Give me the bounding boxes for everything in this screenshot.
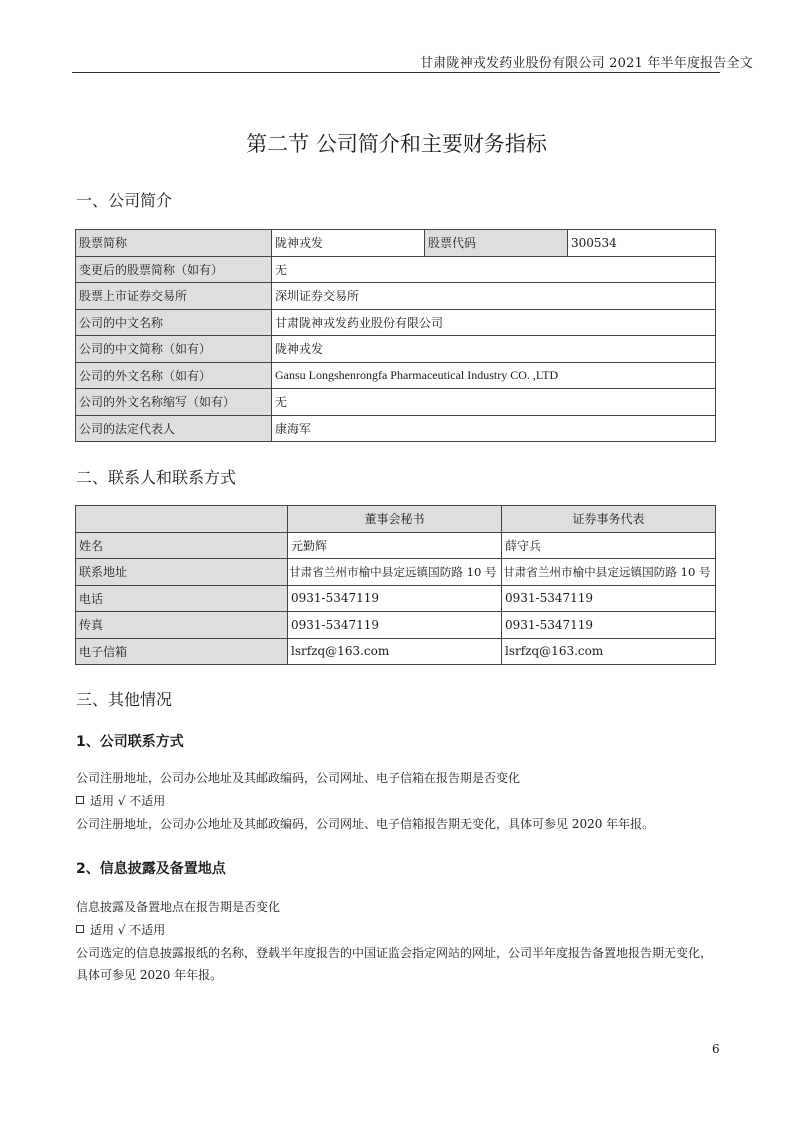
representative-cell: 0931-5347119 (502, 585, 716, 612)
table-row: 公司的法定代表人康海军 (76, 415, 716, 442)
heading-contacts: 二、联系人和联系方式 (76, 465, 236, 488)
label-cell: 姓名 (76, 532, 288, 559)
label-cell: 股票上市证券交易所 (76, 283, 272, 310)
company-profile-table: 股票简称 陇神戎发 股票代码 300534 变更后的股票简称（如有）无 股票上市… (75, 229, 716, 442)
table-row: 姓名元勤辉薛守兵 (76, 532, 716, 559)
label-cell: 传真 (76, 612, 288, 639)
table-row: 变更后的股票简称（如有）无 (76, 256, 716, 283)
paragraph-question: 公司注册地址，公司办公地址及其邮政编码，公司网址、电子信箱在报告期是否变化 (76, 767, 721, 789)
subheading-disclosure: 2、信息披露及备置地点 (76, 858, 226, 878)
column-header (76, 506, 288, 533)
label-cell: 公司的外文名称缩写（如有） (76, 389, 272, 416)
secretary-cell: 0931-5347119 (288, 612, 502, 639)
table-row: 股票简称 陇神戎发 股票代码 300534 (76, 230, 716, 257)
secretary-cell: 0931-5347119 (288, 585, 502, 612)
table-row: 公司的外文名称缩写（如有）无 (76, 389, 716, 416)
section-title: 第二节 公司简介和主要财务指标 (0, 128, 793, 158)
table-row: 联系地址甘肃省兰州市榆中县定远镇国防路 10 号甘肃省兰州市榆中县定远镇国防路 … (76, 559, 716, 586)
representative-email-cell: lsrfzq@163.com (502, 638, 716, 665)
label-cell: 股票代码 (425, 230, 568, 257)
subheading-contact-method: 1、公司联系方式 (76, 731, 184, 751)
column-header-representative: 证券事务代表 (502, 506, 716, 533)
checkbox-icon (76, 925, 84, 933)
paragraph-answer: 公司注册地址，公司办公地址及其邮政编码，公司网址、电子信箱报告期无变化，具体可参… (76, 813, 721, 835)
label-cell: 股票简称 (76, 230, 272, 257)
table-row: 传真0931-53471190931-5347119 (76, 612, 716, 639)
value-cell: 无 (272, 389, 716, 416)
column-header-secretary: 董事会秘书 (288, 506, 502, 533)
label-cell: 公司的中文名称 (76, 309, 272, 336)
value-cell: 甘肃陇神戎发药业股份有限公司 (272, 309, 716, 336)
label-cell: 电子信箱 (76, 638, 288, 665)
table-row: 电话0931-53471190931-5347119 (76, 585, 716, 612)
representative-cell: 薛守兵 (502, 532, 716, 559)
page-number: 6 (712, 1042, 720, 1056)
label-cell: 电话 (76, 585, 288, 612)
value-cell: Gansu Longshenrongfa Pharmaceutical Indu… (272, 362, 716, 389)
representative-cell: 0931-5347119 (502, 612, 716, 639)
applicability-line: 适用 √ 不适用 (76, 790, 721, 812)
label-cell: 公司的外文名称（如有） (76, 362, 272, 389)
table-row: 公司的中文名称甘肃陇神戎发药业股份有限公司 (76, 309, 716, 336)
paragraph-answer: 公司选定的信息披露报纸的名称，登载半年度报告的中国证监会指定网站的网址，公司半年… (76, 942, 721, 986)
heading-other: 三、其他情况 (76, 687, 172, 710)
contacts-table: 董事会秘书 证券事务代表 姓名元勤辉薛守兵 联系地址甘肃省兰州市榆中县定远镇国防… (75, 505, 716, 665)
table-row: 公司的外文名称（如有）Gansu Longshenrongfa Pharmace… (76, 362, 716, 389)
table-row: 股票上市证券交易所深圳证券交易所 (76, 283, 716, 310)
heading-company-profile: 一、公司简介 (76, 188, 172, 211)
value-cell: 康海军 (272, 415, 716, 442)
value-cell: 深圳证券交易所 (272, 283, 716, 310)
label-cell: 联系地址 (76, 559, 288, 586)
value-cell: 无 (272, 256, 716, 283)
table-row: 电子信箱lsrfzq@163.comlsrfzq@163.com (76, 638, 716, 665)
representative-cell: 甘肃省兰州市榆中县定远镇国防路 10 号 (502, 559, 716, 586)
paragraph-question: 信息披露及备置地点在报告期是否变化 (76, 896, 721, 918)
applicability-text: 适用 √ 不适用 (90, 794, 165, 808)
table-row: 公司的中文简称（如有）陇神戎发 (76, 336, 716, 363)
table-header-row: 董事会秘书 证券事务代表 (76, 506, 716, 533)
checkbox-icon (76, 796, 84, 804)
label-cell: 公司的中文简称（如有） (76, 336, 272, 363)
label-cell: 公司的法定代表人 (76, 415, 272, 442)
label-cell: 变更后的股票简称（如有） (76, 256, 272, 283)
running-header: 甘肃陇神戎发药业股份有限公司 2021 年半年度报告全文 (420, 52, 753, 71)
header-divider (72, 72, 720, 73)
secretary-cell: 甘肃省兰州市榆中县定远镇国防路 10 号 (288, 559, 502, 586)
applicability-line: 适用 √ 不适用 (76, 919, 721, 941)
value-cell: 陇神戎发 (272, 230, 425, 257)
applicability-text: 适用 √ 不适用 (90, 923, 165, 937)
value-cell: 300534 (568, 230, 716, 257)
value-cell: 陇神戎发 (272, 336, 716, 363)
secretary-cell: 元勤辉 (288, 532, 502, 559)
secretary-email-cell: lsrfzq@163.com (288, 638, 502, 665)
